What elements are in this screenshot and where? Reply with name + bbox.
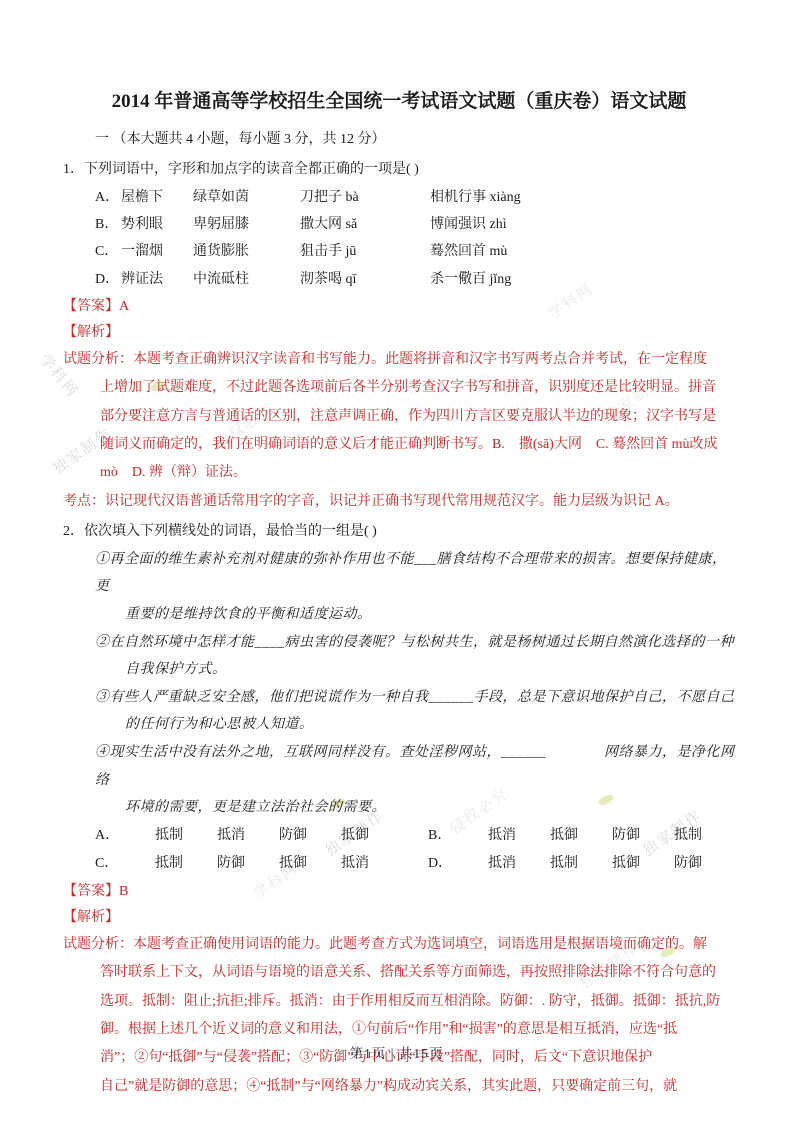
analysis-line: 部分要注意方言与普通话的区别，注意声调正确，作为四川方言区要克服认半边的现象；汉…: [63, 403, 735, 431]
q2-options: A．抵制抵消防御抵御B．抵消抵御防御抵制 C．抵制防御抵御抵消D．抵消抵制抵御防…: [63, 822, 735, 878]
answer-label: 【答案】: [63, 884, 119, 899]
passage-line: 环境的需要，更是建立法治社会的需要。: [63, 794, 735, 822]
option-label: C．: [95, 850, 155, 878]
option-label: B．: [428, 822, 488, 850]
option-label: A．: [95, 822, 155, 850]
q1-analysis: 试题分析：本题考查正确辨识汉字读音和书写能力。此题将拼音和汉字书写两考点合并考试…: [63, 346, 735, 488]
option-word: 屋檐下: [121, 184, 193, 211]
analysis-line: 自己”就是防御的意思；④“抵制”与“网络暴力”构成动宾关系，其实此题，只要确定前…: [63, 1073, 735, 1101]
passage-line: 自我保护方式。: [63, 656, 735, 684]
option-word: 抵御: [612, 850, 674, 878]
option-word: 抵御: [279, 850, 341, 878]
page-title: 2014 年普通高等学校招生全国统一考试语文试题（重庆卷）语文试题: [63, 88, 735, 116]
q1-analysis-label: 【解析】: [63, 320, 735, 346]
option-label: D．: [428, 850, 488, 878]
q2-option-row-ab: A．抵制抵消防御抵御B．抵消抵御防御抵制: [63, 822, 735, 850]
option-word: 杀一儆百 jǐng: [430, 266, 511, 293]
q1-answer-line: 【答案】A: [63, 293, 735, 320]
answer-value: B: [119, 884, 128, 899]
option-word: 抵制: [550, 850, 612, 878]
option-label: C．: [95, 238, 121, 265]
option-word: 抵制: [674, 822, 736, 850]
q1-option-b: B．势利眼卑躬屈膝撒大网 sǎ博闻强识 zhì: [63, 211, 735, 238]
option-word: 卑躬屈膝: [193, 211, 300, 238]
option-word: 撒大网 sǎ: [300, 211, 430, 238]
q2-passage: ①再全面的维生素补充剂对健康的弥补作用也不能___膳食结构不合理带来的损害。想要…: [63, 546, 735, 822]
page-number: 第1页 | 共15页: [0, 1042, 793, 1062]
q2-answer-line: 【答案】B: [63, 878, 735, 905]
option-word: 抵消: [217, 822, 279, 850]
analysis-line: 答时联系上下文，从词语与语境的语意关系、搭配关系等方面筛选，再按照排除法排除不符…: [63, 959, 735, 987]
passage-line: 重要的是维持饮食的平衡和适度运动。: [63, 601, 735, 629]
option-word: 中流砥柱: [193, 266, 300, 293]
option-word: 抵御: [341, 822, 403, 850]
q2-analysis: 试题分析：本题考查正确使用词语的能力。此题考查方式为选词填空，词语选用是根据语境…: [63, 931, 735, 1101]
q2-stem: 2．依次填入下列横线处的词语，最恰当的一组是( ): [63, 518, 735, 546]
option-word: 抵消: [488, 850, 550, 878]
option-word: 博闻强识 zhì: [430, 211, 507, 238]
passage-line: ②在自然环境中怎样才能____病虫害的侵袭呢？与松树共生，就是杨树通过长期自然演…: [63, 629, 735, 657]
option-word: 相机行事 xiàng: [430, 184, 521, 211]
exam-page: 学科网 独家制作 侵权必究 独家制作 学科网 独家制作 侵权必究 独家制作 独家…: [0, 0, 793, 1122]
option-word: 沏茶喝 qī: [300, 266, 430, 293]
option-word: 通货膨胀: [193, 238, 300, 265]
analysis-line: 上增加了试题难度，不过此题各选项前后各半分别考查汉字书写和拼音，识别度还是比较明…: [63, 374, 735, 402]
option-word: 势利眼: [121, 211, 193, 238]
page-content: 2014 年普通高等学校招生全国统一考试语文试题（重庆卷）语文试题 一 （本大题…: [0, 0, 793, 1101]
q1-option-d: D．辨证法中流砥柱沏茶喝 qī杀一儆百 jǐng: [63, 266, 735, 293]
q2-analysis-label: 【解析】: [63, 905, 735, 931]
option-label: A．: [95, 184, 121, 211]
option-word: 抵制: [155, 850, 217, 878]
analysis-line: 选项。抵制：阻止;抗拒;排斥。抵消：由于作用相反而互相消除。防御：. 防守，抵御…: [63, 988, 735, 1016]
answer-value: A: [119, 299, 129, 314]
passage-line: ③有些人严重缺乏安全感，他们把说谎作为一种自我______手段，总是下意识地保护…: [63, 684, 735, 712]
passage-line: ①再全面的维生素补充剂对健康的弥补作用也不能___膳食结构不合理带来的损害。想要…: [63, 546, 735, 601]
passage-line: 的任何行为和心思被人知道。: [63, 711, 735, 739]
answer-label: 【答案】: [63, 299, 119, 314]
analysis-line: 试题分析：本题考查正确使用词语的能力。此题考查方式为选词填空，词语选用是根据语境…: [63, 931, 735, 959]
option-word: 辨证法: [121, 266, 193, 293]
option-word: 绿草如茵: [193, 184, 300, 211]
option-word: 防御: [612, 822, 674, 850]
analysis-line: mò D. 辨（辩）证法。: [63, 459, 735, 487]
option-word: 抵御: [550, 822, 612, 850]
option-word: 狙击手 jū: [300, 238, 430, 265]
q2-option-row-cd: C．抵制防御抵御抵消D．抵消抵制抵御防御: [63, 850, 735, 878]
option-label: D．: [95, 266, 121, 293]
option-word: 防御: [217, 850, 279, 878]
option-word: 蓦然回首 mù: [430, 238, 507, 265]
q1-stem: 1．下列词语中，字形和加点字的读音全都正确的一项是( ): [63, 156, 735, 184]
option-word: 抵消: [488, 822, 550, 850]
option-word: 抵消: [341, 850, 403, 878]
passage-line: ④现实生活中没有法外之地，互联网同样没有。查处淫秽网站，______ 网络暴力，…: [63, 739, 735, 794]
option-label: B．: [95, 211, 121, 238]
option-word: 一溜烟: [121, 238, 193, 265]
analysis-line: 试题分析：本题考查正确辨识汉字读音和书写能力。此题将拼音和汉字书写两考点合并考试…: [63, 346, 735, 374]
q1-option-a: A．屋檐下绿草如茵刀把子 bà相机行事 xiàng: [63, 184, 735, 211]
analysis-line: 御。根据上述几个近义词的意义和用法，①句前后“作用”和“损害”的意思是相互抵消，…: [63, 1016, 735, 1044]
option-word: 防御: [279, 822, 341, 850]
option-word: 防御: [674, 850, 736, 878]
q1-option-c: C．一溜烟通货膨胀狙击手 jū蓦然回首 mù: [63, 238, 735, 265]
option-word: 抵制: [155, 822, 217, 850]
option-word: 刀把子 bà: [300, 184, 430, 211]
analysis-line: 随词义而确定的，我们在明确词语的意义后才能正确判断书写。B. 撒(sā)大网 C…: [63, 431, 735, 459]
section-header: 一 （本大题共 4 小题，每小题 3 分，共 12 分）: [63, 126, 735, 154]
q1-options: A．屋檐下绿草如茵刀把子 bà相机行事 xiàng B．势利眼卑躬屈膝撒大网 s…: [63, 184, 735, 293]
q1-kaodian: 考点：识记现代汉语普通话常用字的字音，识记并正确书写现代常用规范汉字。能力层级为…: [63, 488, 735, 516]
